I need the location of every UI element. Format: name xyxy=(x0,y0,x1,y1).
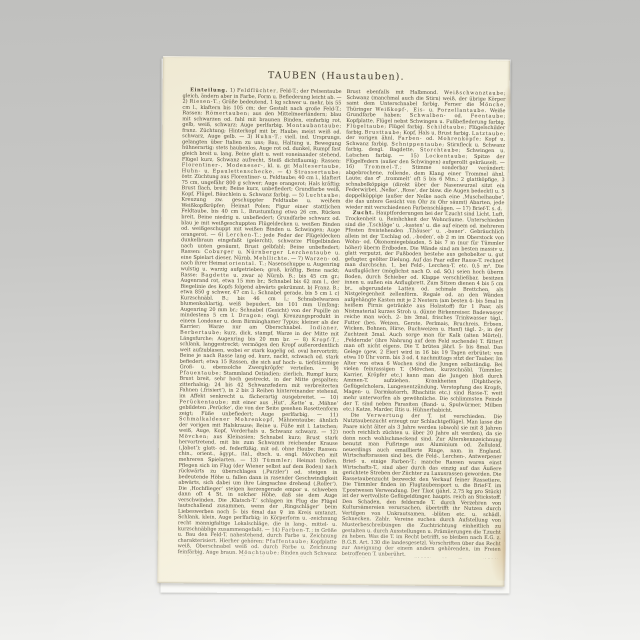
text-segment: ; Kopf (Platte weiß), Hals, Nacken, Brus… xyxy=(178,555,337,556)
paragraph: Einteilung. 1) Feldflüchter, Feld-T.; de… xyxy=(178,87,342,557)
text-column-left-content: Einteilung. 1) Feldflüchter, Feld-T.; de… xyxy=(178,87,342,557)
text-segment: 1) xyxy=(228,88,237,94)
text-column-right: Brust ebenfalls mit Halbmond. Weißschwan… xyxy=(342,89,506,559)
paragraph: Brust ebenfalls mit Halbmond. Weißschwan… xyxy=(345,89,505,212)
text-segment: ; Kreuzung zw. geschuppter Feldtaube u. … xyxy=(181,193,340,238)
text-segment: ; Heimat Indien. Pflegen sich im Flug (d… xyxy=(178,458,338,533)
text-segment: der T. ist verschieden. Die Nutztaubenzu… xyxy=(342,413,503,557)
text-column-right-content: Brust ebenfalls mit Halbmond. Weißschwan… xyxy=(342,89,506,559)
book-page: TAUBEN (Haustauben). Einteilung. 1) Feld… xyxy=(157,56,510,587)
paragraph: Zucht. Hauptforderungen bei der T.zucht … xyxy=(343,210,504,414)
text-segment: Hauptforderungen bei der T.zucht sind Li… xyxy=(343,211,504,414)
text-segment: u. xyxy=(234,249,246,255)
text-segment: , xyxy=(339,164,341,170)
text-segment: u. zwar a) Nürnb. B.; bis 45 cm gr.; Aug… xyxy=(180,272,339,318)
text-segment: ; Stimme sonderbar verändert: abgebroche… xyxy=(345,165,504,212)
breed-name: Gimpeltaube xyxy=(195,555,235,557)
text-segment: ; schlank, langgestreckt; vermögen den K… xyxy=(180,337,339,371)
text-column-left: Einteilung. 1) Feldflüchter, Feld-T.; de… xyxy=(178,87,342,557)
text-segment: u. xyxy=(201,168,213,174)
text-segment: u. xyxy=(426,107,438,113)
page-title: TAUBEN (Haustauben). xyxy=(163,69,510,84)
photo-backdrop: TAUBEN (Haustauben). Einteilung. 1) Feld… xyxy=(0,0,640,640)
paragraph: Die Verwertung der T. ist verschieden. D… xyxy=(342,412,503,558)
